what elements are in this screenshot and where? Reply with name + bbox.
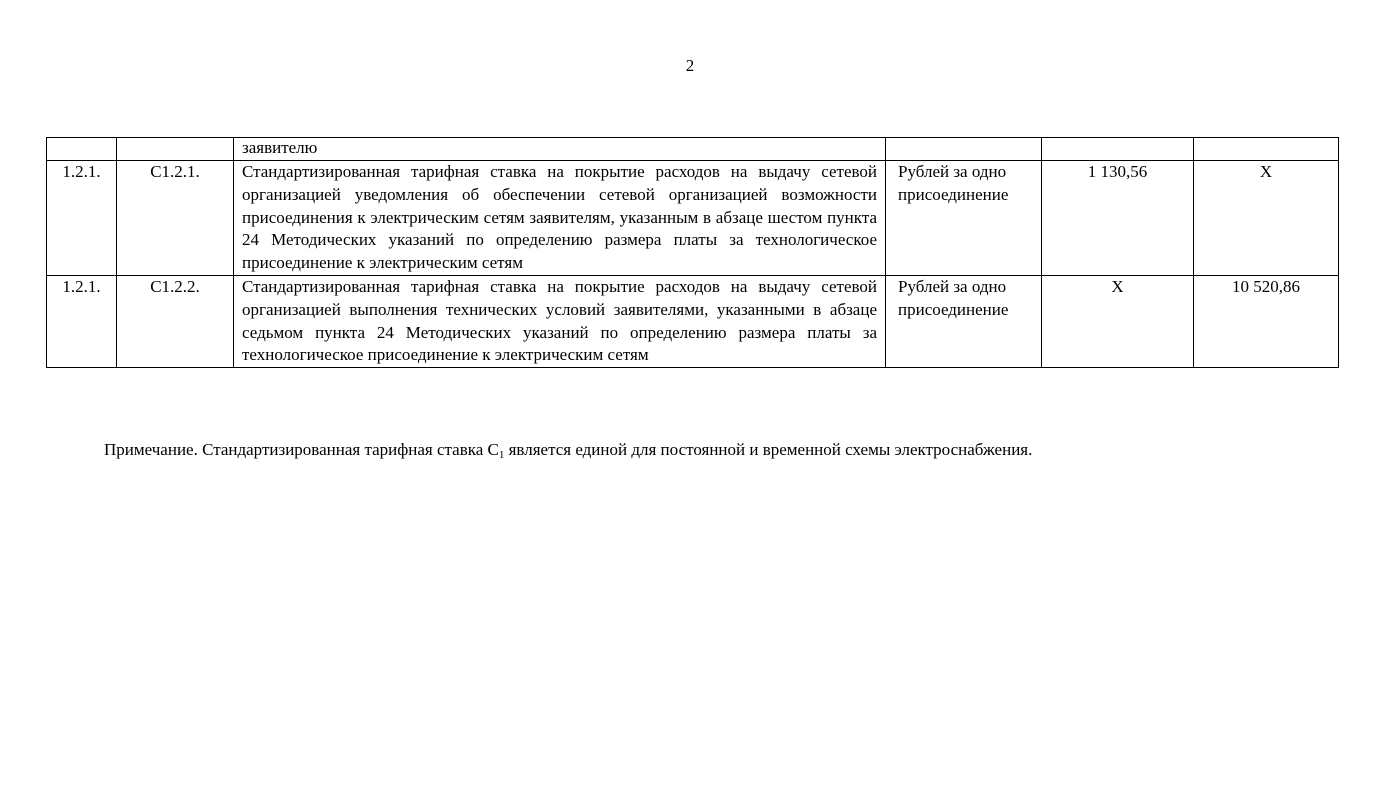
table-row: 1.2.1. С1.2.2. Стандартизированная тариф… — [47, 275, 1339, 367]
tariff-table: заявителю 1.2.1. С1.2.1. Стандартизирова… — [46, 137, 1339, 368]
cell-value1: 1 130,56 — [1042, 161, 1194, 276]
cell-code — [117, 138, 234, 161]
cell-value2: Х — [1194, 161, 1339, 276]
cell-code: С1.2.2. — [117, 275, 234, 367]
page-number: 2 — [0, 56, 1380, 76]
cell-unit — [886, 138, 1042, 161]
cell-value1 — [1042, 138, 1194, 161]
cell-unit: Рублей за одно присоединение — [886, 161, 1042, 276]
table-row-continuation: заявителю — [47, 138, 1339, 161]
table-row: 1.2.1. С1.2.1. Стандартизированная тариф… — [47, 161, 1339, 276]
cell-number — [47, 138, 117, 161]
cell-code: С1.2.1. — [117, 161, 234, 276]
cell-value1: Х — [1042, 275, 1194, 367]
cell-value2 — [1194, 138, 1339, 161]
cell-value2: 10 520,86 — [1194, 275, 1339, 367]
note-text-start: Примечание. Стандартизированная тарифная… — [104, 440, 499, 459]
cell-number: 1.2.1. — [47, 275, 117, 367]
cell-description: Стандартизированная тарифная ставка на п… — [234, 161, 886, 276]
footnote: Примечание. Стандартизированная тарифная… — [104, 440, 1032, 461]
cell-description: заявителю — [234, 138, 886, 161]
cell-number: 1.2.1. — [47, 161, 117, 276]
note-text-end: является единой для постоянной и временн… — [504, 440, 1032, 459]
cell-description: Стандартизированная тарифная ставка на п… — [234, 275, 886, 367]
cell-unit: Рублей за одно присоединение — [886, 275, 1042, 367]
